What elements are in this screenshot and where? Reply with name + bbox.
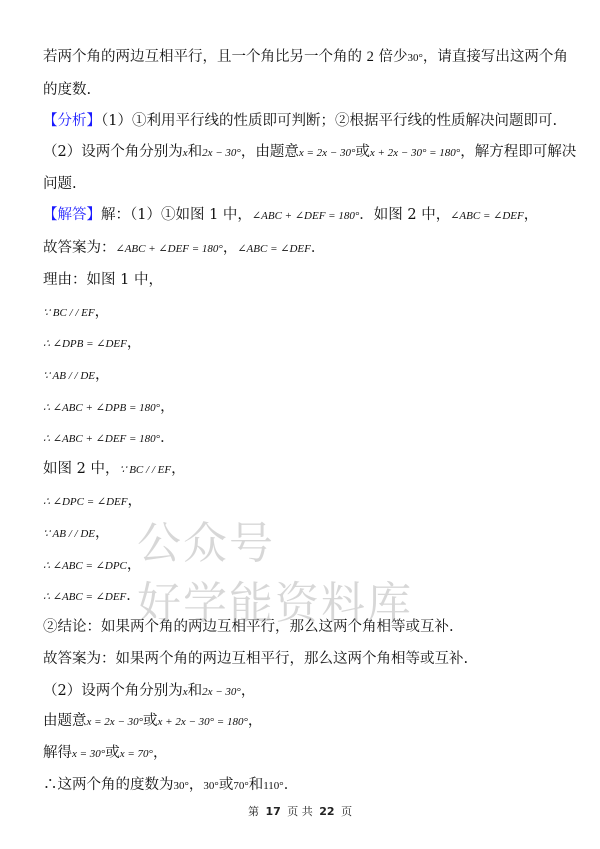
text-line: 故答案为：∠ABC + ∠DEF = 180°，∠ABC = ∠DEF． [43,238,325,259]
text-run: ， [160,399,175,415]
math-expression: ∴ ∠DPC = ∠DEF [43,496,128,508]
text-run: 故答案为：如果两个角的两边互相平行，那么这两个角相等或互补. [43,651,468,667]
text-run: 问题. [43,176,77,192]
text-run: ， [248,713,263,729]
text-run: ． [126,588,141,604]
math-expression: ∵ AB / / DE [43,370,95,382]
text-line: 若两个角的两边互相平行，且一个角比另一个角的 2 倍少30°，请直接写出这两个角 [43,47,568,68]
text-line: ∴这两个角的度数为30°，30°或70°和110°． [43,775,298,796]
text-line: ∴ ∠ABC = ∠DPC， [43,555,141,576]
watermark-line-1: 公众号 [137,520,275,568]
text-run: 若两个角的两边互相平行，且一个角比另一个角的 [43,49,367,65]
text-run: （2）设两个角分别为 [43,683,183,699]
text-line: ∴ ∠ABC + ∠DPB = 180°， [43,397,175,418]
text-line: 理由：如图 1 中， [43,270,163,290]
text-run: ． [311,240,326,256]
text-run: 理由：如图 1 中， [43,272,163,288]
math-number: 110° [263,780,284,792]
text-run: （1）①利用平行线的性质即可判断；②根据平行线的性质解决问题即可. [101,113,557,129]
math-expression: x = 2x − 30° [299,147,356,159]
text-line: ∴ ∠ABC = ∠DEF． [43,586,141,607]
text-line: 问题. [43,174,77,194]
text-run: ， [524,207,539,223]
footer-prefix: 第 [248,805,259,818]
math-expression: ∴ ∠ABC + ∠DEF = 180° [43,433,160,445]
text-line: 故答案为：如果两个角的两边互相平行，那么这两个角相等或互补. [43,649,468,669]
text-line: ②结论：如果两个角的两边互相平行，那么这两个角相等或互补. [43,617,454,637]
math-expression: ∵ BC / / EF [43,307,95,319]
text-line: ∴ ∠ABC + ∠DEF = 180°． [43,428,175,449]
current-page-number: 17 [265,805,280,818]
math-expression: 2x − 30° [202,147,241,159]
footer-suffix: 页 [341,805,352,818]
math-expression: x = 30° [72,748,105,760]
text-run: ， [127,335,142,351]
text-run: 或 [143,713,158,729]
math-expression: ∴ ∠ABC = ∠DPC [43,560,127,572]
math-expression: x = 2x − 30° [87,716,144,728]
text-run: 解得 [43,745,72,761]
text-line: 的度数. [43,80,91,100]
text-run: ， [153,745,168,761]
text-run: 解：（1）①如图 1 中， [101,207,252,223]
text-run: 由题意 [43,713,87,729]
math-expression: ∠ABC + ∠DEF = 180° [252,210,359,222]
text-run: 和 [188,683,203,699]
page-footer: 第 17 页 共 22 页 [0,803,600,819]
text-line: ∵ AB / / DE， [43,523,110,544]
section-tag: 【分析】 [43,113,101,129]
text-run: ，请直接写出这两个角 [423,49,568,65]
math-expression: ∠ABC = ∠DEF [237,243,311,255]
math-expression: ∠ABC = ∠DEF [450,210,524,222]
text-run: 如图 2 中， [43,461,119,477]
math-expression: ∴ ∠ABC = ∠DEF [43,591,126,603]
text-run: 或 [219,777,234,793]
text-run: 和 [188,144,203,160]
text-line: （2）设两个角分别为x和2x − 30°，由题意x = 2x − 30°或x +… [43,142,576,163]
text-run: ，由题意 [241,144,299,160]
text-run: ． [284,777,299,793]
text-run: ， [95,525,110,541]
total-page-number: 22 [319,805,334,818]
text-run: 故答案为： [43,240,116,256]
text-run: ． [160,430,175,446]
text-run: ， [128,493,143,509]
text-line: 【解答】解：（1）①如图 1 中，∠ABC + ∠DEF = 180°．如图 2… [43,205,538,226]
text-run: ， [95,304,110,320]
text-line: 解得x = 30°或x = 70°， [43,743,167,764]
math-expression: x + 2x − 30° = 180° [158,716,248,728]
math-expression: x = 70° [120,748,153,760]
text-run: ， [241,683,256,699]
text-run: ∴这两个角的度数为 [43,777,174,793]
math-expression: ∴ ∠ABC + ∠DPB = 180° [43,402,160,414]
text-run: （2）设两个角分别为 [43,144,183,160]
math-expression: ∵ AB / / DE [43,528,95,540]
math-expression: 2x − 30° [202,686,241,698]
math-expression: ∠ABC + ∠DEF = 180° [116,243,223,255]
text-run: 的度数. [43,82,91,98]
text-run: 或 [105,745,120,761]
text-line: ∵ BC / / EF， [43,302,109,323]
number: 2 [367,49,374,65]
math-number: 30° [174,780,189,792]
text-line: 如图 2 中，∵ BC / / EF， [43,459,186,480]
text-run: ， [127,557,142,573]
text-run: ， [171,461,186,477]
text-run: ．如图 2 中， [359,207,450,223]
text-line: ∵ AB / / DE， [43,365,110,386]
text-run: ，解方程即可解决 [460,144,576,160]
text-run: 和 [249,777,264,793]
text-run: ， [223,240,238,256]
text-run: ②结论：如果两个角的两边互相平行，那么这两个角相等或互补. [43,619,454,635]
text-line: ∴ ∠DPB = ∠DEF， [43,333,141,354]
section-tag: 【解答】 [43,207,101,223]
math-expression: ∵ BC / / EF [119,464,171,476]
text-line: 由题意x = 2x − 30°或x + 2x − 30° = 180°， [43,711,262,732]
text-run: ， [189,777,204,793]
math-expression: ∴ ∠DPB = ∠DEF [43,338,127,350]
text-run: 或 [355,144,370,160]
text-line: 【分析】（1）①利用平行线的性质即可判断；②根据平行线的性质解决问题即可. [43,111,557,131]
text-line: ∴ ∠DPC = ∠DEF， [43,491,142,512]
text-line: （2）设两个角分别为x和2x − 30°， [43,681,255,702]
math-expression: x + 2x − 30° = 180° [370,147,460,159]
math-number: 70° [233,780,248,792]
math-number: 30° [407,52,422,64]
text-run: 倍少 [374,49,408,65]
footer-middle: 页 共 [287,805,313,818]
text-run: ， [95,367,110,383]
math-number: 30° [203,780,218,792]
